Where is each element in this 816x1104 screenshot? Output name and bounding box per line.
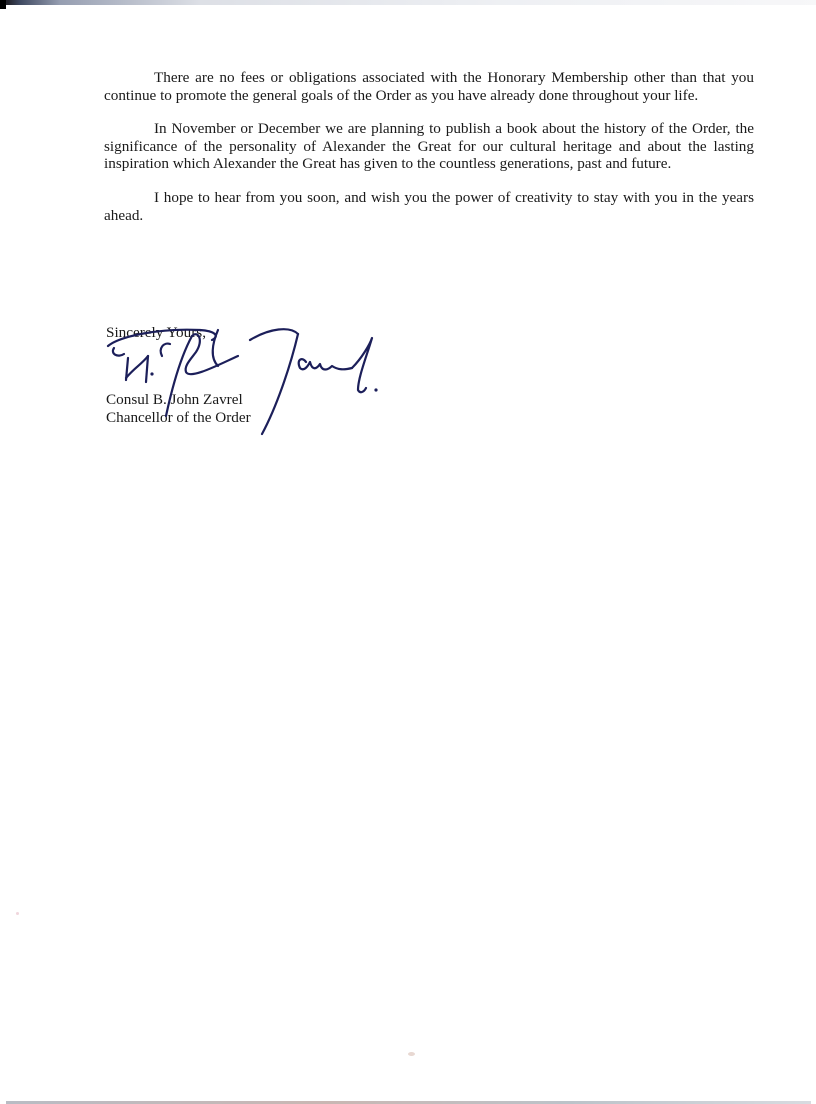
paragraph-closing-wish: I hope to hear from you soon, and wish y… <box>104 189 754 224</box>
scan-corner-mark <box>0 0 6 9</box>
letter-body: There are no fees or obligations associa… <box>104 69 754 240</box>
signer-name: Consul B. John Zavrel <box>106 391 251 409</box>
paragraph-book: In November or December we are planning … <box>104 120 754 173</box>
paragraph-fees: There are no fees or obligations associa… <box>104 69 754 104</box>
scan-speck <box>408 1052 415 1056</box>
closing-salutation: Sincerely Yours, <box>106 324 206 342</box>
signer-block: Consul B. John Zavrel Chancellor of the … <box>106 391 251 426</box>
signer-title: Chancellor of the Order <box>106 409 251 427</box>
scan-edge-top <box>0 0 816 5</box>
scan-speck <box>16 912 19 915</box>
